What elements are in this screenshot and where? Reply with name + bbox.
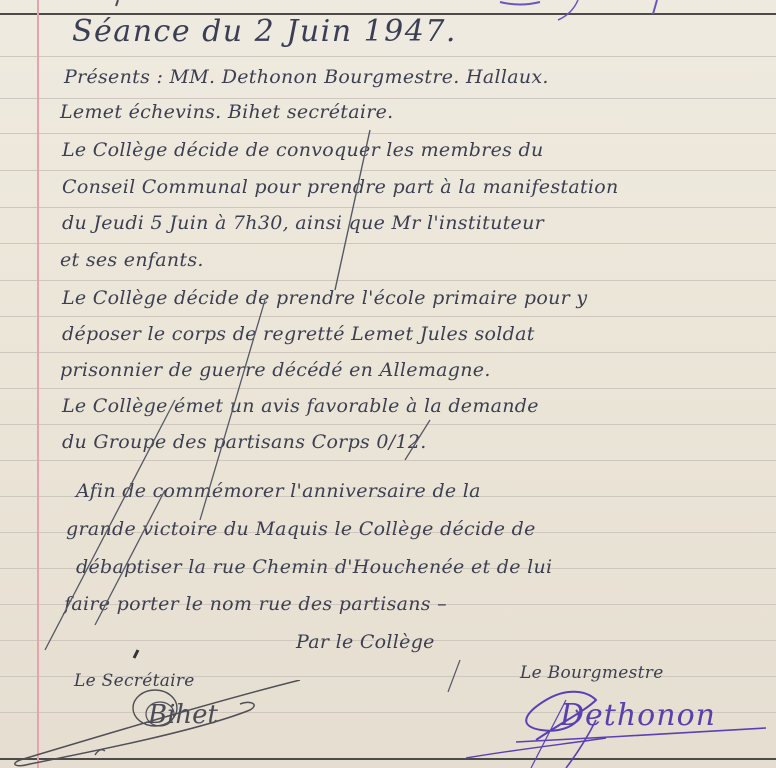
closing-par-le-college: Par le Collège <box>296 631 435 653</box>
mayor-signature-flourish <box>446 660 776 768</box>
ledger-page: Séance du 2 Juin 1947. Présents : MM. De… <box>0 0 776 768</box>
secretary-signature-flourish <box>0 680 320 768</box>
